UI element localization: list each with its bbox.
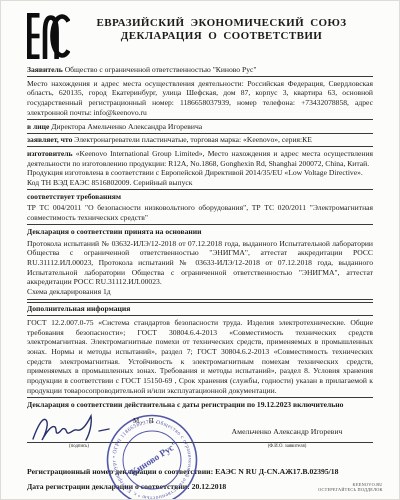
- declares-label: заявляет, что: [27, 135, 72, 144]
- applicant-line: Заявитель Общество с ограниченной ответс…: [27, 65, 373, 75]
- manufacturer-paragraph: изготовитель «Keenovo International Grou…: [27, 149, 373, 168]
- document-header: ЕВРАЗИЙСКИЙ ЭКОНОМИЧЕСКИЙ СОЮЗ ДЕКЛАРАЦИ…: [27, 11, 373, 59]
- applicant-address: Место нахождения и адрес места осуществл…: [27, 79, 373, 118]
- signature-sublabel: (подпись): [49, 444, 110, 449]
- footer-watermark: KEENOVO.RU ОСТЕРЕГАЙТЕСЬ ПОДДЕЛОК: [318, 483, 383, 493]
- validity-line: Декларация о соответствии действительна …: [27, 400, 373, 410]
- registration-number-line: Регистрационный номер декларации о соотв…: [27, 467, 373, 477]
- footer-warning: ОСТЕРЕГАЙТЕСЬ ПОДДЕЛОК: [318, 488, 383, 493]
- title-union: ЕВРАЗИЙСКИЙ ЭКОНОМИЧЕСКИЙ СОЮЗ: [70, 17, 373, 30]
- declaration-document: ЕВРАЗИЙСКИЙ ЭКОНОМИЧЕСКИЙ СОЮЗ ДЕКЛАРАЦИ…: [0, 0, 400, 500]
- stamp-place-label: М. П.: [133, 417, 160, 425]
- fio-sublabel: (Ф.И.О. заявителя): [217, 444, 358, 449]
- signature-block: М. П. Амельченко Александр Игоревич (под…: [27, 411, 373, 463]
- signatory-name: Амельченко Александр Игоревич: [199, 427, 375, 436]
- person-line: в лице Директора Амельченко Александра И…: [27, 122, 373, 132]
- divider: [27, 315, 373, 316]
- manufacturer-label: изготовитель: [27, 149, 72, 158]
- title-declaration: ДЕКЛАРАЦИЯ О СООТВЕТСТВИИ: [70, 30, 373, 43]
- double-divider: [27, 299, 373, 303]
- basis-paragraph: Протокола испытаний № 03632-ИЛЭ/12-2018 …: [27, 239, 373, 288]
- additional-heading: Дополнительная информация: [27, 304, 373, 314]
- additional-paragraph: ГОСТ 12.2.007.0-75 «Система стандартов б…: [27, 318, 373, 396]
- product-value: Электронагреватели пластинчатые, торгова…: [74, 135, 312, 144]
- stamp-center-text: "Киново Рус": [125, 441, 180, 482]
- divider: [27, 146, 373, 147]
- divider: [27, 397, 373, 398]
- divider: [27, 133, 373, 134]
- made-in-paragraph: Продукция изготовлена в соответствии с Е…: [27, 168, 373, 178]
- basis-heading: Декларация о соответствии принята на осн…: [27, 227, 373, 237]
- applicant-value: Общество с ограниченной ответственностью…: [65, 65, 257, 74]
- person-value: Директора Амельченко Александра Игоревич…: [51, 122, 202, 131]
- applicant-label: Заявитель: [27, 65, 63, 74]
- registration-number-value: ЕАЭС N RU Д-CN.АЖ17.В.02395/18: [215, 467, 338, 476]
- company-stamp-icon: • Общество с ограниченной ответственност…: [105, 413, 199, 500]
- scheme-line: Схема декларирования 1д: [27, 287, 373, 297]
- declares-line: заявляет, что Электронагреватели пластин…: [27, 135, 373, 145]
- manufacturer-value: «Keenovo International Group Limited», М…: [27, 149, 373, 168]
- eac-logo-icon: [27, 13, 70, 59]
- divider: [27, 189, 373, 190]
- requirements-paragraph: ТР ТС 004/2011 "О безопасности низковоль…: [27, 203, 373, 222]
- document-title: ЕВРАЗИЙСКИЙ ЭКОНОМИЧЕСКИЙ СОЮЗ ДЕКЛАРАЦИ…: [70, 11, 373, 43]
- tnved-code-line: Код ТН ВЭД ЕАЭС 8516802009. Серийный вып…: [27, 178, 373, 188]
- divider: [27, 224, 373, 225]
- conforms-heading: соответствует требованиям: [27, 192, 373, 202]
- divider: [27, 76, 373, 77]
- divider: [27, 119, 373, 120]
- person-label: в лице: [27, 122, 49, 131]
